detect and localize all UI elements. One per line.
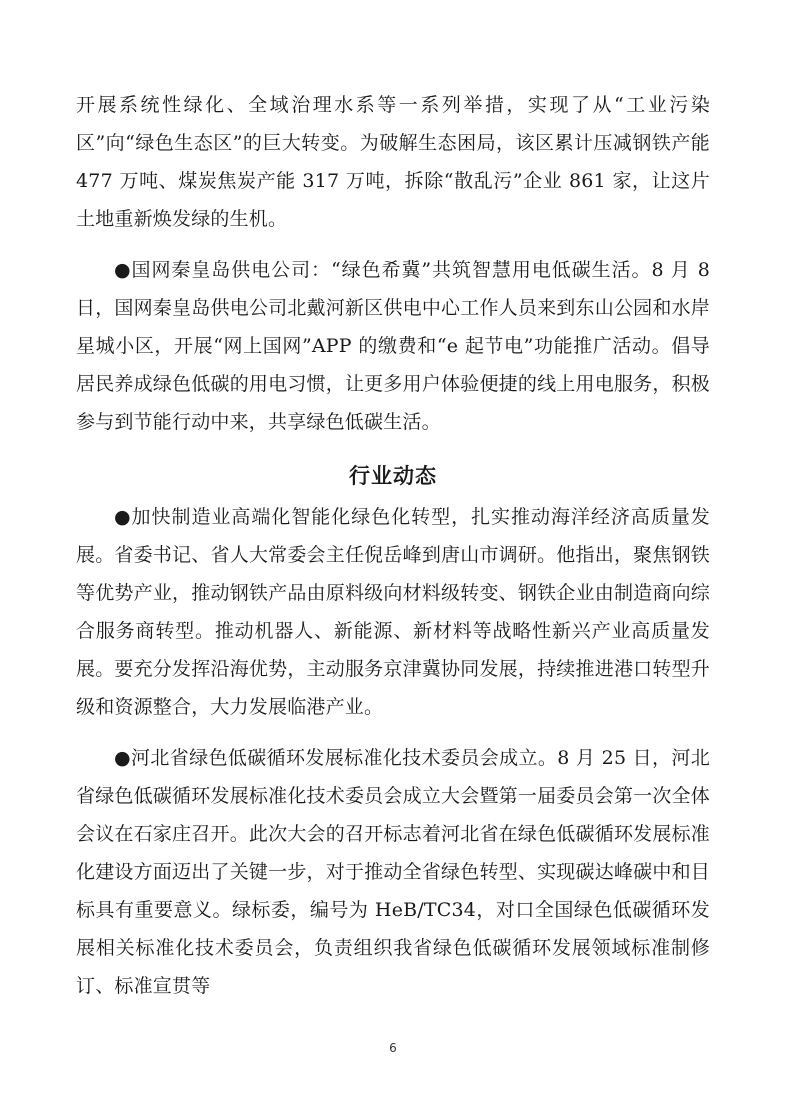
- paragraph-ecological-transformation: 开展系统性绿化、全域治理水系等一系列举措，实现了从“工业污染区”向“绿色生态区”…: [76, 86, 710, 238]
- section-heading-industry-news: 行业动态: [76, 458, 710, 494]
- paragraph-state-grid-qinhuangdao: ●国网秦皇岛供电公司：“绿色希冀”共筑智慧用电低碳生活。8 月 8 日，国网秦皇…: [76, 251, 710, 441]
- paragraph-standardization-committee: ●河北省绿色低碳循环发展标准化技术委员会成立。8 月 25 日，河北省绿色低碳循…: [76, 739, 710, 1005]
- document-page: 开展系统性绿化、全域治理水系等一系列举措，实现了从“工业污染区”向“绿色生态区”…: [76, 86, 710, 1005]
- paragraph-manufacturing-upgrade: ●加快制造业高端化智能化绿色化转型，扎实推动海洋经济高质量发展。省委书记、省人大…: [76, 498, 710, 726]
- page-number: 6: [0, 1041, 786, 1055]
